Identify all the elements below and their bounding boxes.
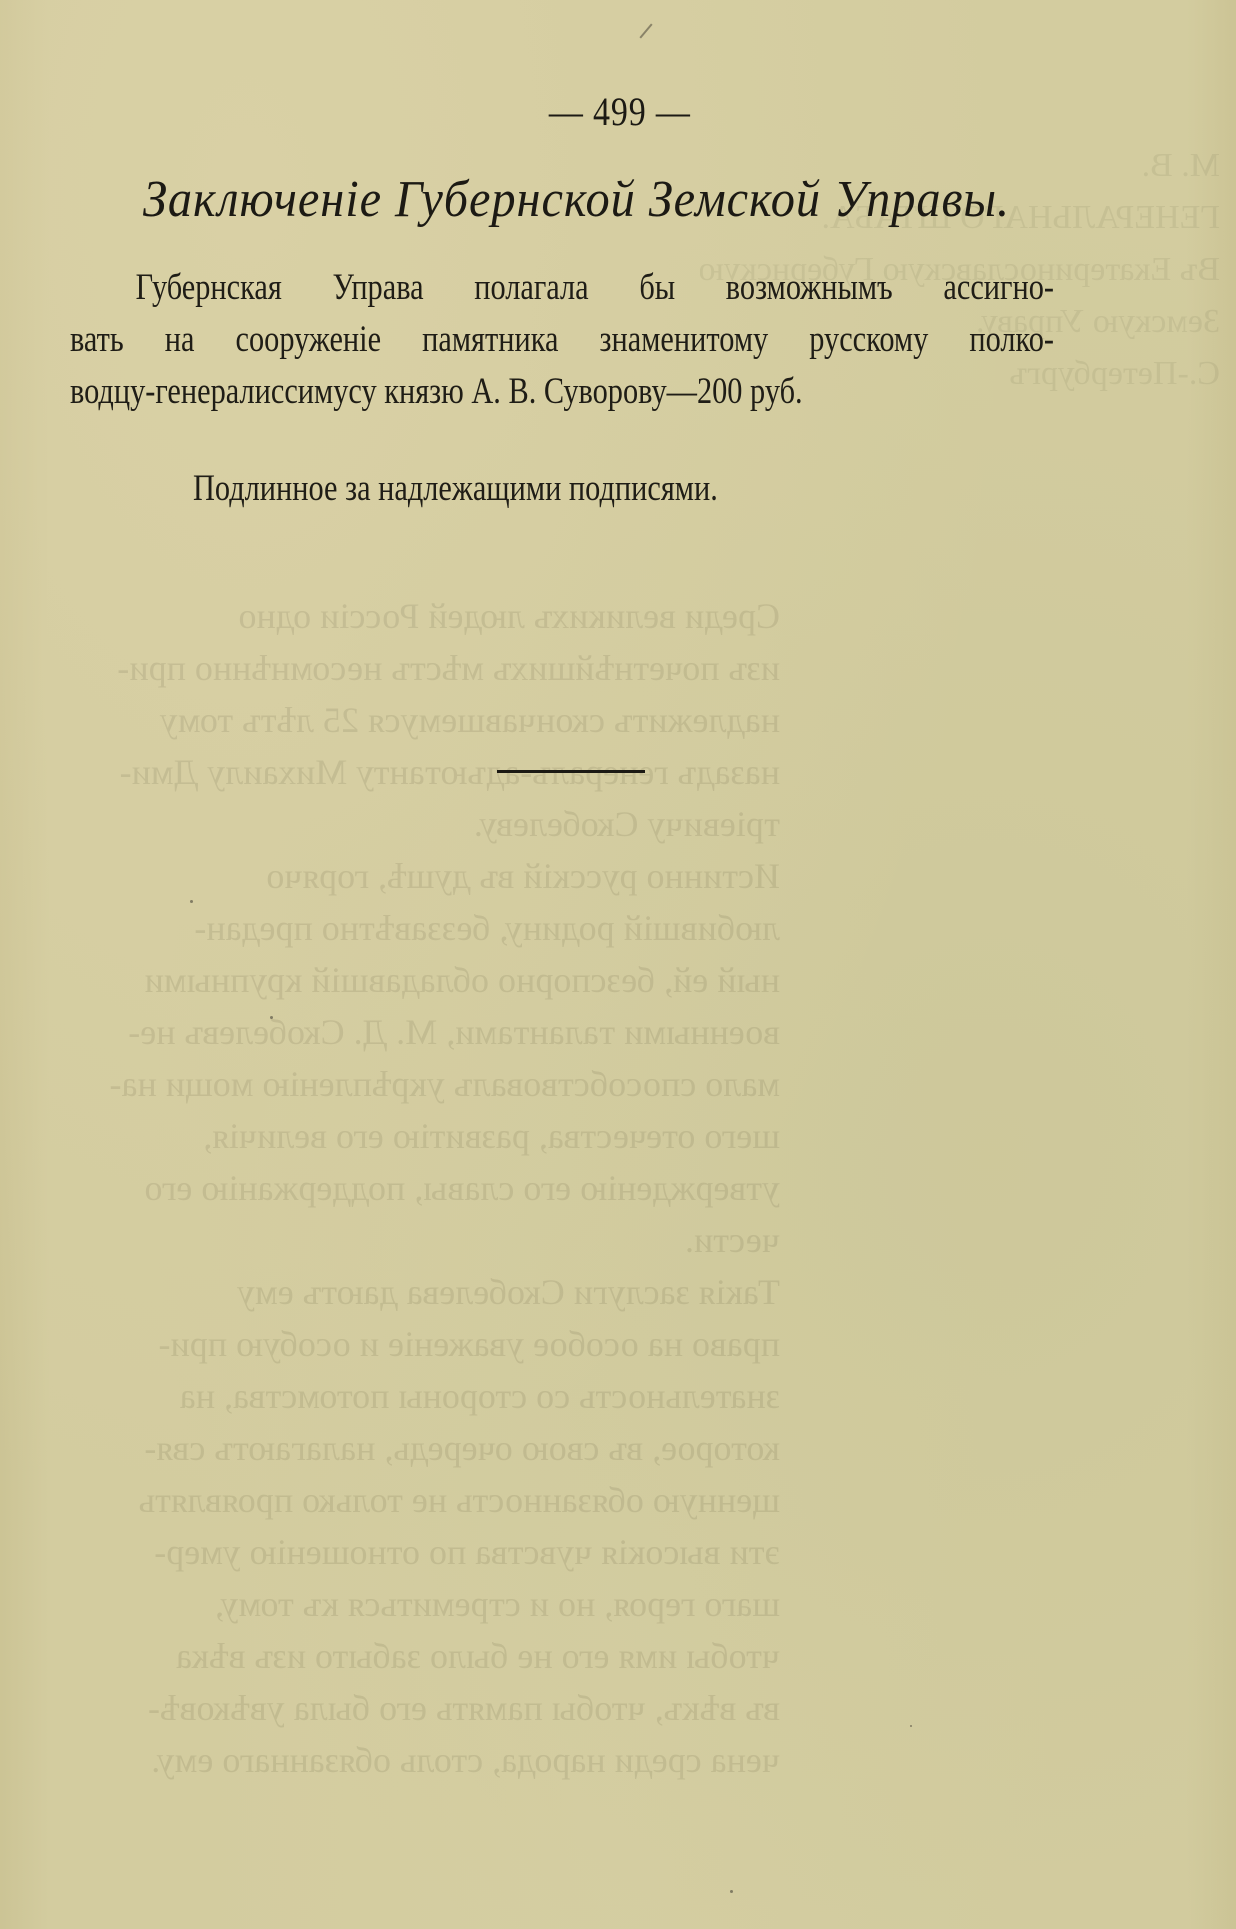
document-page: Среди великихъ людей Россiи одно изъ поч… xyxy=(0,0,1236,1929)
body-line-1: Губернская Управа полагала бы возможнымъ… xyxy=(70,262,1054,314)
section-heading: Заключенiе Губернской Земской Управы. xyxy=(143,170,1073,229)
section-divider-rule xyxy=(497,770,645,773)
signature-note: Подлинное за надлежащими подписями. xyxy=(193,467,718,510)
paper-speck xyxy=(190,900,193,903)
body-paragraph: Губернская Управа полагала бы возможнымъ… xyxy=(70,262,1055,418)
paper-speck xyxy=(730,1890,733,1893)
page-number: — 499 — xyxy=(95,88,1146,135)
paper-speck xyxy=(910,1725,912,1727)
pencil-mark xyxy=(639,23,652,38)
paper-speck xyxy=(270,1016,273,1019)
body-line-2: вать на сооруженiе памятника знаменитому… xyxy=(70,314,1054,366)
bleed-through-text: Среди великихъ людей Россiи одно изъ поч… xyxy=(80,590,780,1786)
body-line-3: водцу-генералиссимусу князю А. В. Суворо… xyxy=(70,366,1054,418)
